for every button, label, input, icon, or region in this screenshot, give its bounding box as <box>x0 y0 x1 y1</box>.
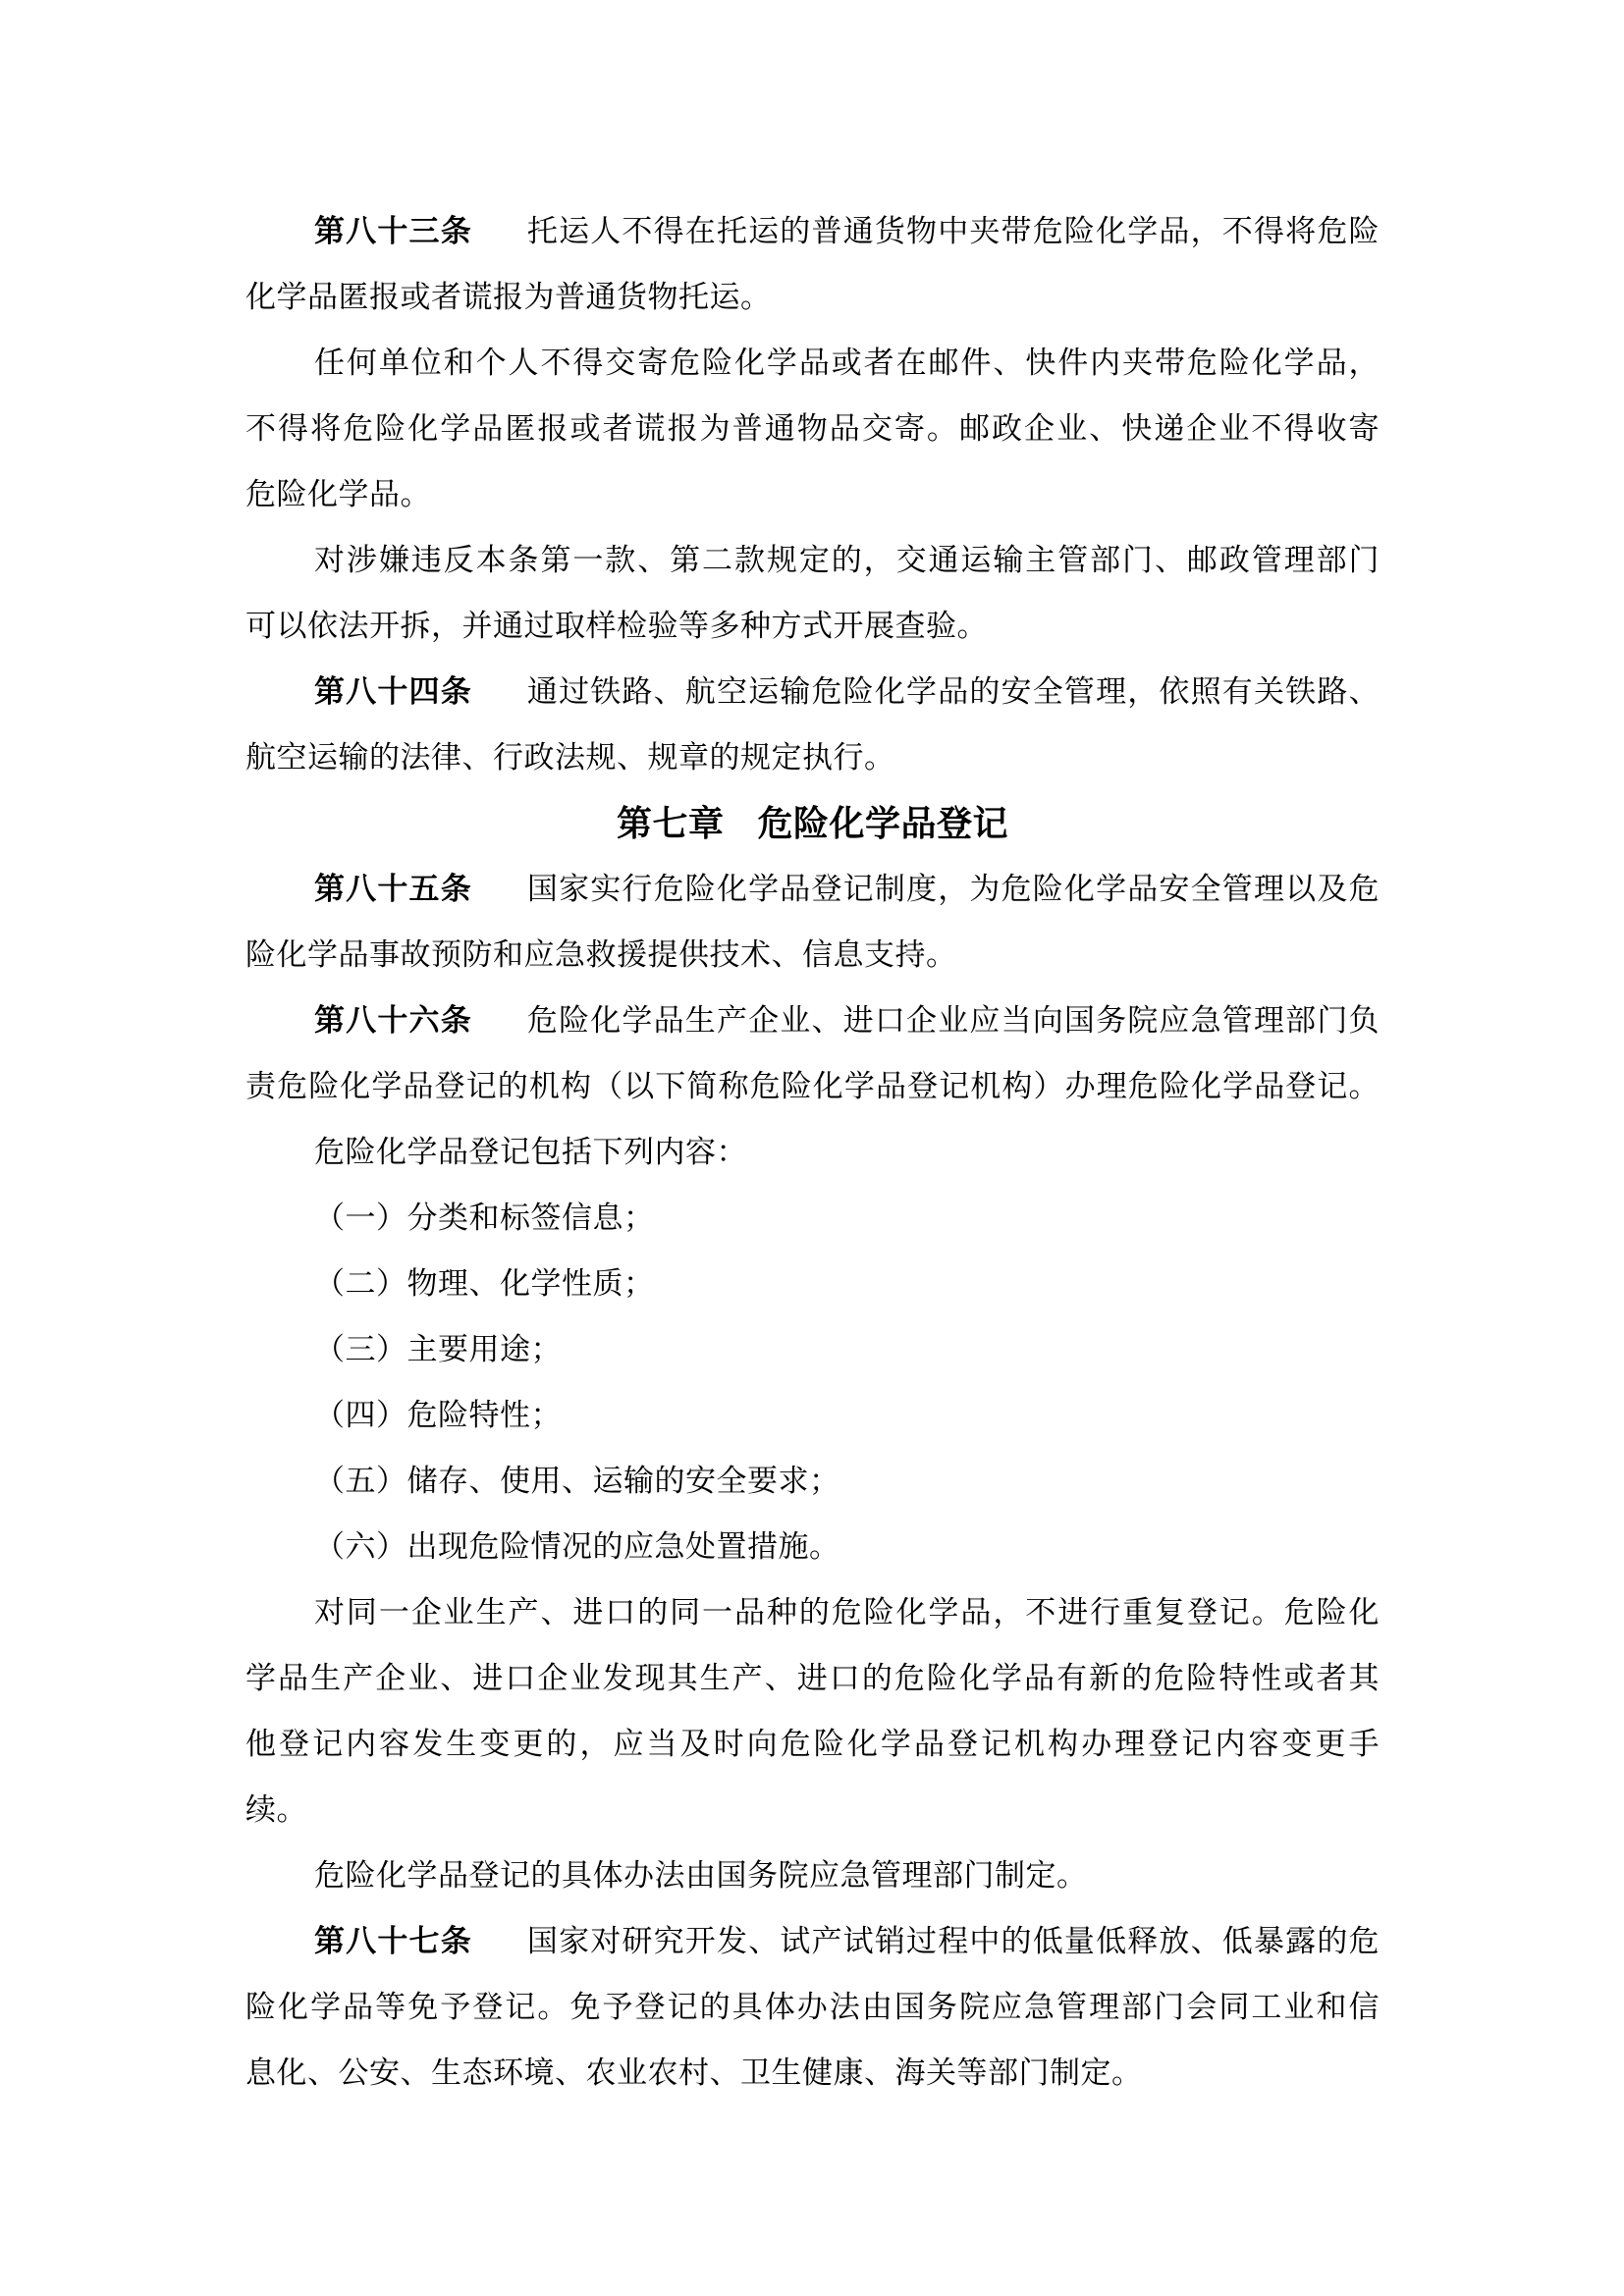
article-number: 第八十四条 <box>314 674 472 709</box>
line-text: 托运人不得在托运的普通货物中夹带危险化学品，不得将危险 <box>527 214 1380 248</box>
line-text: （五）储存、使用、运输的安全要求； <box>314 1464 840 1498</box>
list-item-3: （三）主要用途； <box>245 1316 1380 1382</box>
text-line: 不得将危险化学品匿报或者谎报为普通物品交寄。邮政企业、快递企业不得收寄 <box>245 396 1380 461</box>
text-line: 险化学品等免予登记。免予登记的具体办法由国务院应急管理部门会同工业和信 <box>245 1974 1380 2040</box>
text-line: 化学品匿报或者谎报为普通货物托运。 <box>245 264 1380 330</box>
line-text: 续。 <box>245 1792 307 1827</box>
line-text: 责危险化学品登记的机构（以下简称危险化学品登记机构）办理危险化学品登记。 <box>245 1069 1380 1103</box>
text-line: 对同一企业生产、进口的同一品种的危险化学品，不进行重复登记。危险化 <box>245 1579 1380 1645</box>
text-line: 息化、公安、生态环境、农业农村、卫生健康、海关等部门制定。 <box>245 2040 1380 2106</box>
text-line: 他登记内容发生变更的，应当及时向危险化学品登记机构办理登记内容变更手 <box>245 1711 1380 1777</box>
text-line: 任何单位和个人不得交寄危险化学品或者在邮件、快件内夹带危险化学品， <box>245 330 1380 396</box>
text-line: 责危险化学品登记的机构（以下简称危险化学品登记机构）办理危险化学品登记。 <box>245 1053 1380 1119</box>
line-text: 危险化学品生产企业、进口企业应当向国务院应急管理部门负 <box>527 1003 1380 1038</box>
line-text: （二）物理、化学性质； <box>314 1266 655 1301</box>
document-page: 第八十三条托运人不得在托运的普通货物中夹带危险化学品，不得将危险化学品匿报或者谎… <box>0 0 1624 2296</box>
chapter-number: 第七章 <box>617 803 725 843</box>
list-item-1: （一）分类和标签信息； <box>245 1185 1380 1251</box>
line-text: （六）出现危险情况的应急处置措施。 <box>314 1529 840 1564</box>
line-text: 可以依法开拆，并通过取样检验等多种方式开展查验。 <box>245 609 988 643</box>
article-number: 第八十三条 <box>314 214 472 248</box>
text-line: 危险化学品登记的具体办法由国务院应急管理部门制定。 <box>245 1842 1380 1908</box>
text-line: 危险化学品。 <box>245 461 1380 527</box>
list-item-4: （四）危险特性； <box>245 1382 1380 1448</box>
text-line: 对涉嫌违反本条第一款、第二款规定的，交通运输主管部门、邮政管理部门 <box>245 527 1380 593</box>
line-text: 化学品匿报或者谎报为普通货物托运。 <box>245 280 772 314</box>
line-text: 息化、公安、生态环境、农业农村、卫生健康、海关等部门制定。 <box>245 2056 1143 2090</box>
article-number: 第八十五条 <box>314 872 472 906</box>
line-text: 航空运输的法律、行政法规、规章的规定执行。 <box>245 740 895 774</box>
text-line: 危险化学品登记包括下列内容： <box>245 1119 1380 1185</box>
line-text: 险化学品等免予登记。免予登记的具体办法由国务院应急管理部门会同工业和信 <box>245 1990 1380 2024</box>
list-item-2: （二）物理、化学性质； <box>245 1251 1380 1316</box>
text-line: 航空运输的法律、行政法规、规章的规定执行。 <box>245 724 1380 790</box>
article-83-line: 第八十三条托运人不得在托运的普通货物中夹带危险化学品，不得将危险 <box>245 198 1380 264</box>
text-line: 续。 <box>245 1777 1380 1842</box>
text-line: 险化学品事故预防和应急救援提供技术、信息支持。 <box>245 922 1380 988</box>
article-84-line: 第八十四条通过铁路、航空运输危险化学品的安全管理，依照有关铁路、 <box>245 659 1380 724</box>
line-text: 任何单位和个人不得交寄危险化学品或者在邮件、快件内夹带危险化学品， <box>314 346 1380 380</box>
line-text: 通过铁路、航空运输危险化学品的安全管理，依照有关铁路、 <box>527 674 1380 709</box>
line-text: 对涉嫌违反本条第一款、第二款规定的，交通运输主管部门、邮政管理部门 <box>314 543 1380 577</box>
text-line: 可以依法开拆，并通过取样检验等多种方式开展查验。 <box>245 593 1380 659</box>
chapter-heading: 第七章危险化学品登记 <box>245 790 1380 856</box>
article-86-line: 第八十六条危险化学品生产企业、进口企业应当向国务院应急管理部门负 <box>245 988 1380 1053</box>
line-text: 危险化学品登记 <box>758 803 1009 843</box>
line-text: 学品生产企业、进口企业发现其生产、进口的危险化学品有新的危险特性或者其 <box>245 1661 1380 1695</box>
article-number: 第八十六条 <box>314 1003 472 1038</box>
list-item-6: （六）出现危险情况的应急处置措施。 <box>245 1514 1380 1579</box>
line-text: 他登记内容发生变更的，应当及时向危险化学品登记机构办理登记内容变更手 <box>245 1727 1380 1761</box>
list-item-5: （五）储存、使用、运输的安全要求； <box>245 1448 1380 1514</box>
line-text: 不得将危险化学品匿报或者谎报为普通物品交寄。邮政企业、快递企业不得收寄 <box>245 411 1380 446</box>
article-87-line: 第八十七条国家对研究开发、试产试销过程中的低量低释放、低暴露的危 <box>245 1908 1380 1974</box>
line-text: 对同一企业生产、进口的同一品种的危险化学品，不进行重复登记。危险化 <box>314 1595 1380 1629</box>
text-line: 学品生产企业、进口企业发现其生产、进口的危险化学品有新的危险特性或者其 <box>245 1645 1380 1711</box>
text-block: 第八十三条托运人不得在托运的普通货物中夹带危险化学品，不得将危险化学品匿报或者谎… <box>245 198 1380 2106</box>
article-number: 第八十七条 <box>314 1924 472 1958</box>
line-text: （四）危险特性； <box>314 1398 562 1432</box>
line-text: 国家对研究开发、试产试销过程中的低量低释放、低暴露的危 <box>527 1924 1380 1958</box>
line-text: 险化学品事故预防和应急救援提供技术、信息支持。 <box>245 937 957 972</box>
line-text: 危险化学品。 <box>245 477 431 511</box>
line-text: 危险化学品登记的具体办法由国务院应急管理部门制定。 <box>314 1858 1088 1893</box>
line-text: 国家实行危险化学品登记制度，为危险化学品安全管理以及危 <box>527 872 1380 906</box>
line-text: （一）分类和标签信息； <box>314 1201 655 1235</box>
line-text: 危险化学品登记包括下列内容： <box>314 1135 747 1169</box>
article-85-line: 第八十五条国家实行危险化学品登记制度，为危险化学品安全管理以及危 <box>245 856 1380 922</box>
line-text: （三）主要用途； <box>314 1332 562 1366</box>
